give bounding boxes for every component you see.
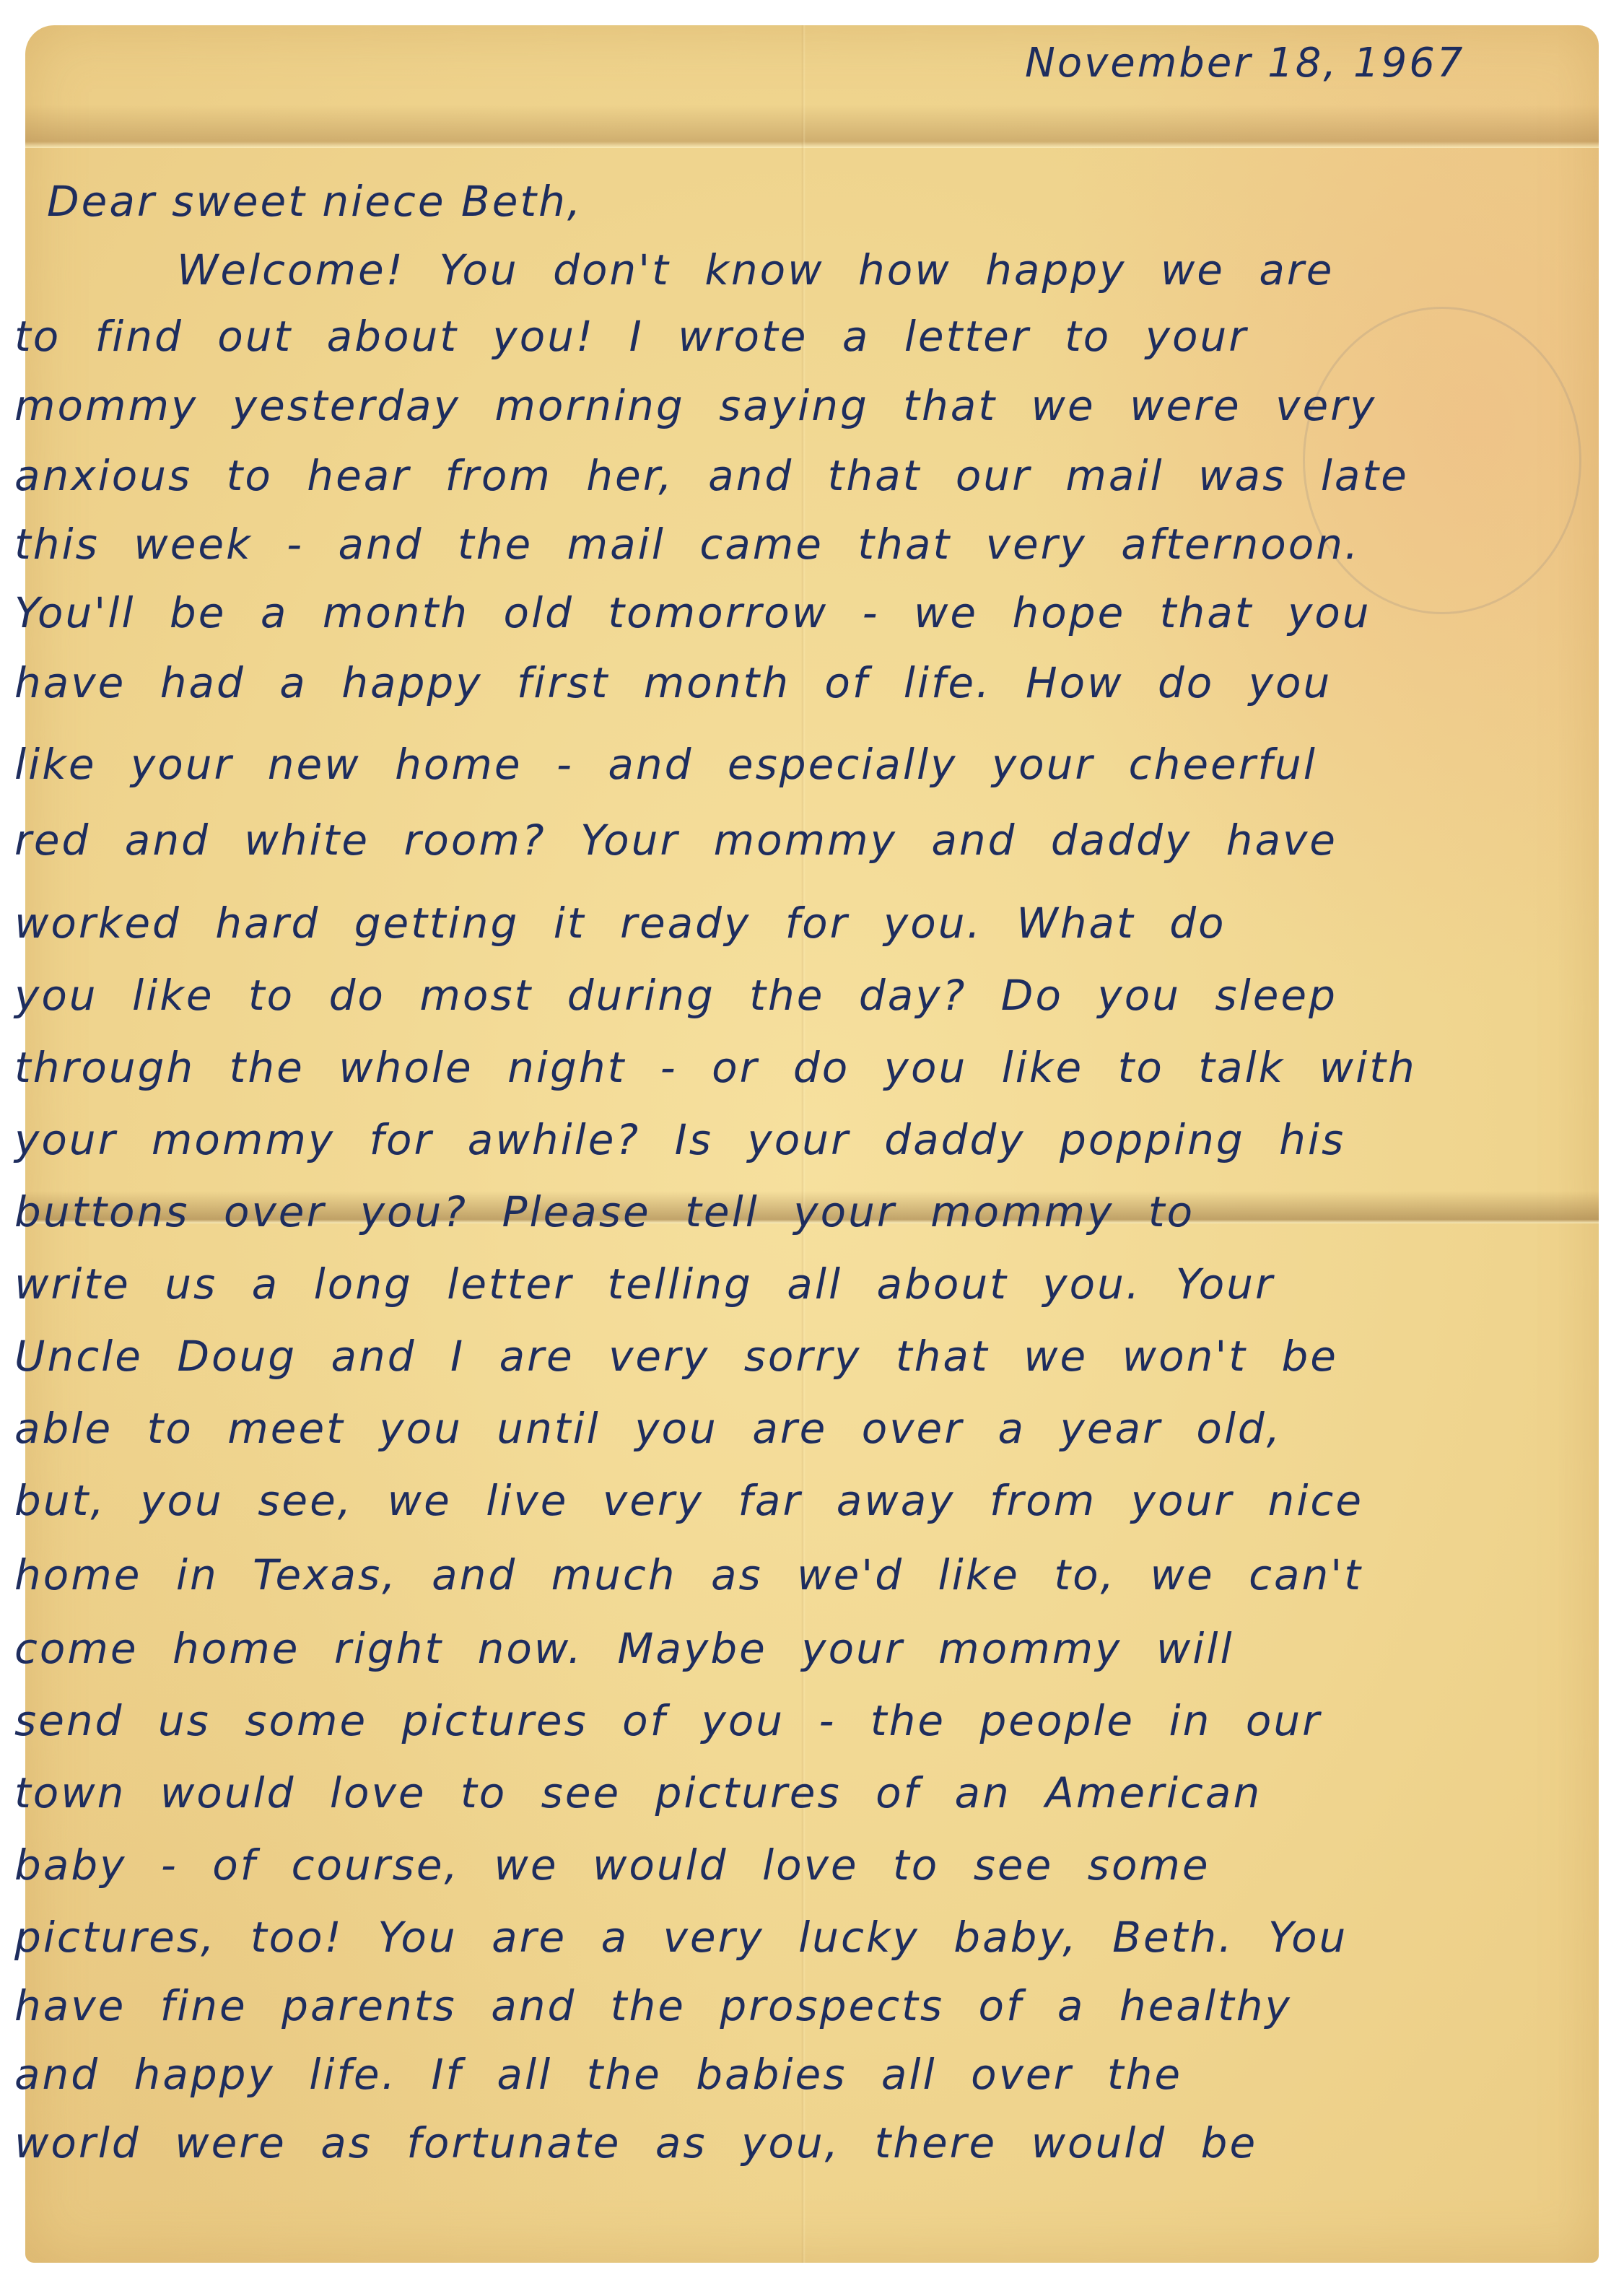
letter-line: your mommy for awhile? Is your daddy pop… <box>14 1115 1345 1164</box>
letter-line: mommy yesterday morning saying that we w… <box>14 381 1376 430</box>
letter-line: anxious to hear from her, and that our m… <box>14 451 1409 500</box>
letter-line: red and white room? Your mommy and daddy… <box>14 816 1337 865</box>
letter-line: and happy life. If all the babies all ov… <box>14 2050 1182 2099</box>
letter-line: through the whole night - or do you like… <box>14 1043 1417 1092</box>
letter-line: worked hard getting it ready for you. Wh… <box>14 899 1226 948</box>
letter-line: baby - of course, we would love to see s… <box>14 1841 1210 1890</box>
letter-line: town would love to see pictures of an Am… <box>14 1768 1262 1817</box>
letter-line: able to meet you until you are over a ye… <box>14 1404 1282 1453</box>
letter-line: to find out about you! I wrote a letter … <box>14 312 1248 361</box>
letter-line: send us some pictures of you - the peopl… <box>14 1696 1322 1745</box>
letter-line: you like to do most during the day? Do y… <box>14 971 1337 1020</box>
letter-line: like your new home - and especially your… <box>14 740 1317 789</box>
letter-line: have fine parents and the prospects of a… <box>14 1981 1292 2030</box>
letter-line: pictures, too! You are a very lucky baby… <box>14 1913 1348 1962</box>
letter-line: but, you see, we live very far away from… <box>14 1476 1363 1525</box>
letter-line: world were as fortunate as you, there wo… <box>14 2118 1257 2167</box>
letter-line: come home right now. Maybe your mommy wi… <box>14 1624 1234 1673</box>
letter-line: buttons over you? Please tell your mommy… <box>14 1187 1195 1236</box>
letter-line: this week - and the mail came that very … <box>14 520 1360 569</box>
letter-body: Welcome! You don't know how happy we are… <box>0 0 1624 2288</box>
letter-line: have had a happy first month of life. Ho… <box>14 658 1332 707</box>
letter-line: write us a long letter telling all about… <box>14 1259 1275 1309</box>
letter-line: home in Texas, and much as we'd like to,… <box>14 1550 1363 1599</box>
letter-line: Welcome! You don't know how happy we are <box>177 245 1334 294</box>
letter-line: Uncle Doug and I are very sorry that we … <box>14 1332 1338 1381</box>
letter-line: You'll be a month old tomorrow - we hope… <box>14 588 1371 637</box>
